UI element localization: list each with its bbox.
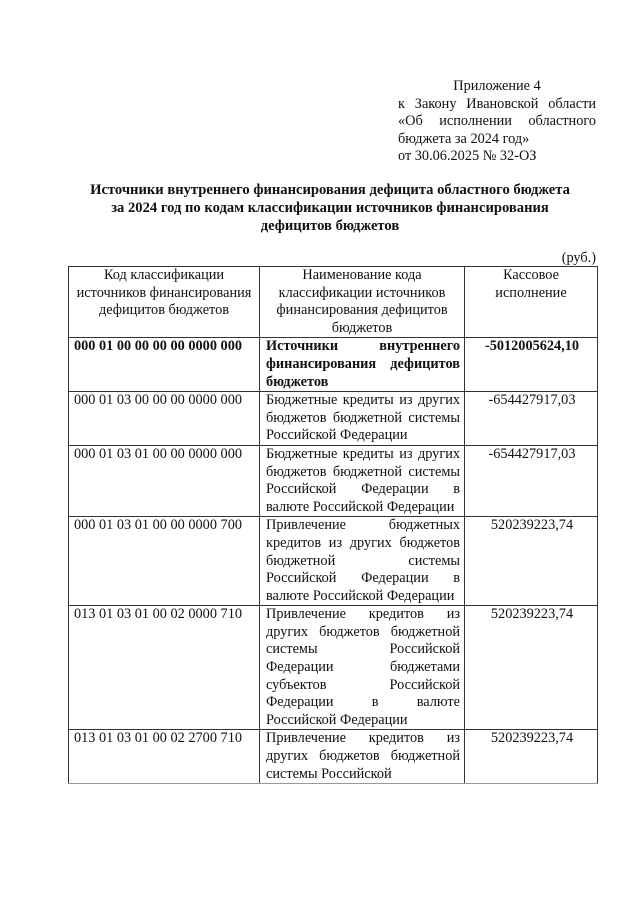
title-line: за 2024 год по кодам классификации источ… — [60, 200, 600, 218]
table-row: 013 01 03 01 00 02 2700 710Привлечение к… — [69, 730, 598, 784]
appendix-law-ref: к Закону Ивановской области — [398, 96, 596, 114]
header-amount: Кассовое исполнение — [465, 267, 598, 338]
appendix-law-date: от 30.06.2025 № 32-ОЗ — [398, 148, 596, 166]
cell-amount: 520239223,74 — [465, 517, 598, 606]
header-name: Наименование кода классификации источник… — [260, 267, 465, 338]
cell-amount: -654427917,03 — [465, 392, 598, 446]
appendix-number: Приложение 4 — [398, 78, 596, 96]
header-code: Код классификации источников финансирова… — [69, 267, 260, 338]
appendix-law-title-1: «Об исполнении областного — [398, 113, 596, 131]
cell-name: Бюджетные кредиты из других бюджетов бюд… — [260, 445, 465, 516]
table-header-row: Код классификации источников финансирова… — [69, 267, 598, 338]
table-body: 000 01 00 00 00 00 0000 000Источники вну… — [69, 338, 598, 784]
cell-amount: 520239223,74 — [465, 606, 598, 730]
table-row: 000 01 03 01 00 00 0000 000Бюджетные кре… — [69, 445, 598, 516]
cell-code: 000 01 03 01 00 00 0000 000 — [69, 445, 260, 516]
cell-code: 000 01 00 00 00 00 0000 000 — [69, 338, 260, 392]
cell-amount: -654427917,03 — [465, 445, 598, 516]
cell-code: 013 01 03 01 00 02 2700 710 — [69, 730, 260, 784]
cell-code: 000 01 03 00 00 00 0000 000 — [69, 392, 260, 446]
cell-code: 013 01 03 01 00 02 0000 710 — [69, 606, 260, 730]
table-row: 013 01 03 01 00 02 0000 710Привлечение к… — [69, 606, 598, 730]
cell-name: Источники внутреннего финансирования деф… — [260, 338, 465, 392]
table-row: 000 01 03 00 00 00 0000 000Бюджетные кре… — [69, 392, 598, 446]
table-row: 000 01 03 01 00 00 0000 700Привлечение б… — [69, 517, 598, 606]
table-row: 000 01 00 00 00 00 0000 000Источники вну… — [69, 338, 598, 392]
cell-name: Бюджетные кредиты из других бюджетов бюд… — [260, 392, 465, 446]
title-line: Источники внутреннего финансирования деф… — [60, 182, 600, 200]
cell-name: Привлечение кредитов из других бюджетов … — [260, 730, 465, 784]
cell-code: 000 01 03 01 00 00 0000 700 — [69, 517, 260, 606]
document-title: Источники внутреннего финансирования деф… — [60, 182, 600, 235]
appendix-header: Приложение 4 к Закону Ивановской области… — [398, 78, 596, 166]
appendix-law-title-2: бюджета за 2024 год» — [398, 131, 596, 149]
cell-name: Привлечение кредитов из других бюджетов … — [260, 606, 465, 730]
cell-amount: -5012005624,10 — [465, 338, 598, 392]
financing-sources-table: Код классификации источников финансирова… — [68, 266, 598, 784]
cell-name: Привлечение бюджетных кредитов из других… — [260, 517, 465, 606]
title-line: дефицитов бюджетов — [60, 218, 600, 236]
currency-unit: (руб.) — [562, 250, 596, 267]
cell-amount: 520239223,74 — [465, 730, 598, 784]
